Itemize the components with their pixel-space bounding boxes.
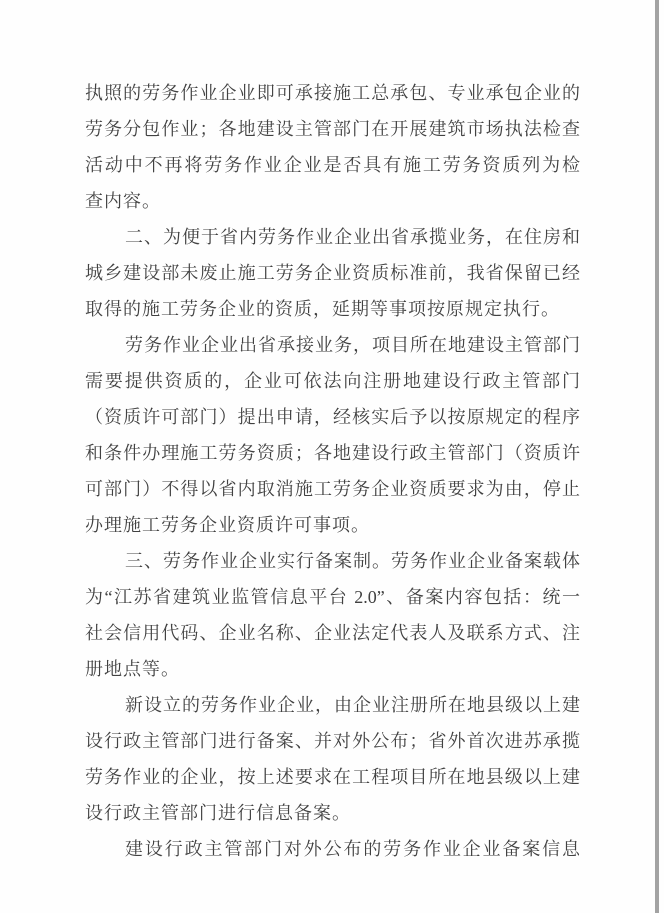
page-edge-line xyxy=(655,0,659,913)
document-text: 执照的劳务作业企业即可承接施工总承包、专业承包企业的 劳务分包作业；各地建设主管… xyxy=(85,75,580,867)
text-line: 建设行政主管部门对外公布的劳务作业企业备案信息 xyxy=(85,831,580,867)
text-line: 二、为便于省内劳务作业企业出省承揽业务，在住房和 xyxy=(85,219,580,255)
text-line: 三、劳务作业企业实行备案制。劳务作业企业备案载体 xyxy=(85,543,580,579)
text-line: 劳务作业企业出省承接业务，项目所在地建设主管部门 xyxy=(85,327,580,363)
text-line: 册地点等。 xyxy=(85,651,580,687)
text-line: 查内容。 xyxy=(85,183,580,219)
text-line: 劳务分包作业；各地建设主管部门在开展建筑市场执法检查 xyxy=(85,111,580,147)
text-line: 取得的施工劳务企业的资质，延期等事项按原规定执行。 xyxy=(85,291,580,327)
document-page: 执照的劳务作业企业即可承接施工总承包、专业承包企业的 劳务分包作业；各地建设主管… xyxy=(0,0,664,913)
text-line: 办理施工劳务企业资质许可事项。 xyxy=(85,507,580,543)
text-line: 执照的劳务作业企业即可承接施工总承包、专业承包企业的 xyxy=(85,75,580,111)
text-line: （资质许可部门）提出申请，经核实后予以按原规定的程序 xyxy=(85,399,580,435)
text-line: 城乡建设部未废止施工劳务企业资质标准前，我省保留已经 xyxy=(85,255,580,291)
text-line: 需要提供资质的，企业可依法向注册地建设行政主管部门 xyxy=(85,363,580,399)
text-line: 设行政主管部门进行备案、并对外公布；省外首次进苏承揽 xyxy=(85,723,580,759)
text-line: 设行政主管部门进行信息备案。 xyxy=(85,795,580,831)
text-line: 新设立的劳务作业企业，由企业注册所在地县级以上建 xyxy=(85,687,580,723)
text-line: 和条件办理施工劳务资质；各地建设行政主管部门（资质许 xyxy=(85,435,580,471)
text-line: 社会信用代码、企业名称、企业法定代表人及联系方式、注 xyxy=(85,615,580,651)
text-line: 可部门）不得以省内取消施工劳务企业资质要求为由，停止 xyxy=(85,471,580,507)
text-line: 为“江苏省建筑业监管信息平台 2.0”、备案内容包括：统一 xyxy=(85,579,580,615)
text-line: 活动中不再将劳务作业企业是否具有施工劳务资质列为检 xyxy=(85,147,580,183)
text-line: 劳务作业的企业，按上述要求在工程项目所在地县级以上建 xyxy=(85,759,580,795)
